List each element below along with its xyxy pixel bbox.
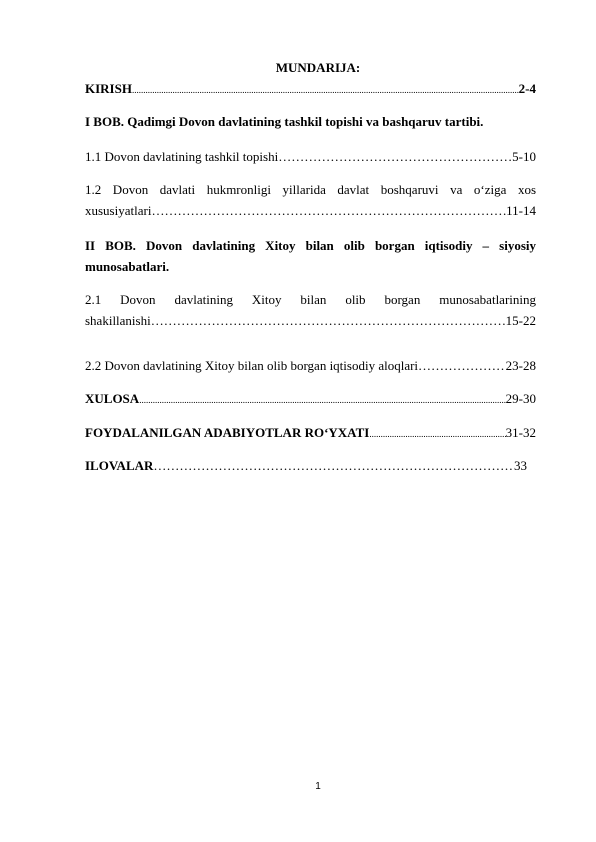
toc-entry-1-2[interactable]: 1.2 Dovon davlati hukmronligi yillarida … [85, 179, 536, 221]
toc-entry-chapter-2[interactable]: II BOB. Dovon davlatining Xitoy bilan ol… [85, 235, 536, 277]
toc-entry-label: xususiyatlari [85, 200, 151, 221]
toc-entry-kirish[interactable]: KIRISH .................................… [85, 78, 536, 101]
toc-entry-label: ILOVALAR [85, 455, 153, 476]
toc-entry-label: 2.2 Dovon davlatining Xitoy bilan olib b… [85, 355, 418, 376]
toc-leader-dots: ........................................… [139, 390, 505, 411]
toc-leader-dots: …………………………………………………………………………………………………………… [151, 310, 506, 331]
toc-entry-label-line1: 1.2 Dovon davlati hukmronligi yillarida … [85, 179, 536, 200]
toc-leader-dots: ........................................… [132, 80, 519, 101]
toc-entry-label: 1.1 Dovon davlatining tashkil topishi [85, 146, 278, 167]
toc-entry-chapter-1[interactable]: I BOB. Qadimgi Dovon davlatining tashkil… [85, 111, 536, 132]
toc-entry-pages: 5-10 [512, 146, 536, 167]
toc-entry-2-1[interactable]: 2.1 Dovon davlatining Xitoy bilan olib b… [85, 289, 536, 331]
toc-entry-pages: 29-30 [506, 388, 536, 409]
toc-entry-label: shakillanishi [85, 310, 151, 331]
toc-leader-dots: …………………………………………………………………………………………………………… [278, 146, 512, 167]
toc-entry-pages: 15-22 [506, 310, 536, 331]
toc-leader-dots: ........................................… [369, 424, 505, 445]
toc-entry-label: FOYDALANILGAN ADABIYOTLAR RO‘YXATI [85, 422, 369, 443]
toc-leader-dots: …………………………………………………………………………………………………………… [418, 355, 506, 376]
toc-entry-label-line1: 2.1 Dovon davlatining Xitoy bilan olib b… [85, 289, 536, 310]
toc-title: MUNDARIJA: [0, 60, 596, 76]
toc-leader-dots: …………………………………………………………………………………………………………… [151, 200, 506, 221]
toc-entry-references[interactable]: FOYDALANILGAN ADABIYOTLAR RO‘YXATI .....… [85, 422, 536, 445]
toc-entry-label: I BOB. Qadimgi Dovon davlatining tashkil… [85, 111, 483, 132]
toc-entry-1-1[interactable]: 1.1 Dovon davlatining tashkil topishi ……… [85, 146, 536, 167]
toc-entry-ilovalar[interactable]: ILOVALAR …………………………………………………………………………………… [85, 455, 527, 476]
page-number: 1 [0, 781, 596, 792]
document-page: MUNDARIJA: KIRISH ......................… [0, 0, 596, 842]
toc-entry-pages: 11-14 [506, 200, 536, 221]
toc-entry-pages: 31-32 [506, 422, 536, 443]
toc-entry-label: XULOSA [85, 388, 139, 409]
toc-entry-label-line1: II BOB. Dovon davlatining Xitoy bilan ol… [85, 235, 536, 256]
toc-entry-label: KIRISH [85, 78, 132, 99]
toc-entry-label: munosabatlari. [85, 256, 169, 277]
toc-entry-pages: 23-28 [506, 355, 536, 376]
toc-entry-pages: 33 [514, 455, 527, 476]
toc-entry-pages: 2-4 [519, 78, 536, 99]
toc-leader-dots: …………………………………………………………………………………………………………… [153, 455, 514, 476]
toc-entry-xulosa[interactable]: XULOSA .................................… [85, 388, 536, 411]
toc-entry-2-2[interactable]: 2.2 Dovon davlatining Xitoy bilan olib b… [85, 355, 536, 376]
